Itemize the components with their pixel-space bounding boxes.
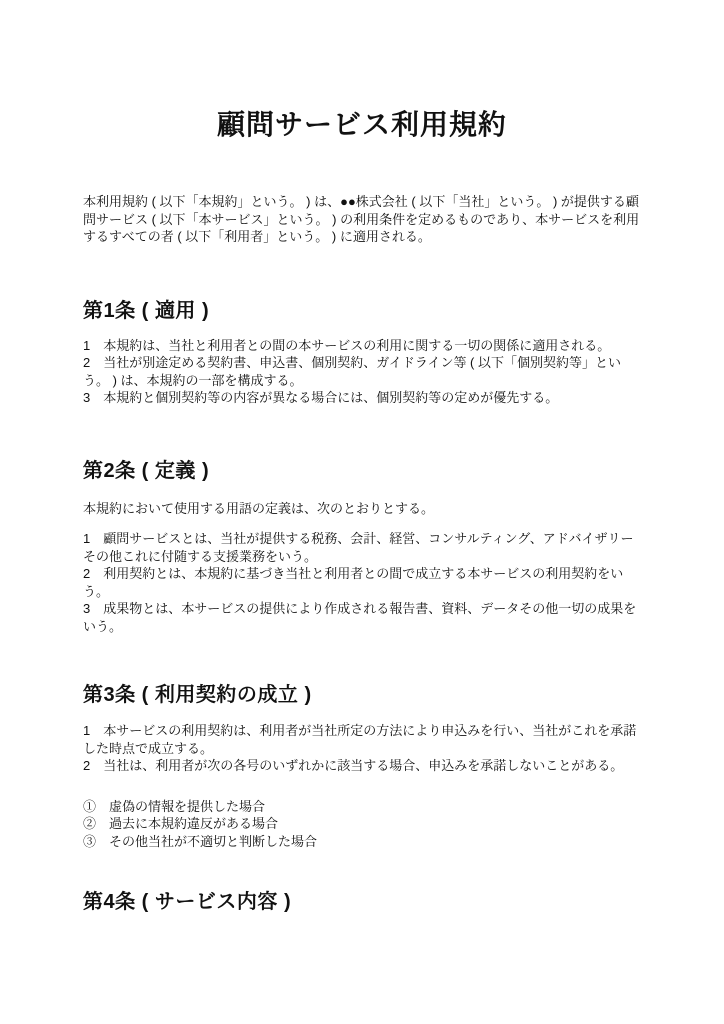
article-1-heading: 第1条 ( 適用 ) bbox=[83, 298, 641, 324]
article-1-clauses: 1 本規約は、当社と利用者との間の本サービスの利用に関する一切の関係に適用される… bbox=[83, 337, 641, 407]
enumerated-item: ③ その他当社が不適切と判断した場合 bbox=[83, 833, 641, 851]
clause-item: 2 当社は、利用者が次の各号のいずれかに該当する場合、申込みを承諾しないことがあ… bbox=[83, 757, 641, 775]
section-article-4: 第4条 ( サービス内容 ) bbox=[83, 889, 641, 915]
clause-item: 1 本サービスの利用契約は、利用者が当社所定の方法により申込みを行い、当社がこれ… bbox=[83, 722, 641, 757]
intro-paragraph: 本利用規約 ( 以下「本規約」という。 ) は、●●株式会社 ( 以下「当社」と… bbox=[83, 193, 641, 246]
clause-item: 1 本規約は、当社と利用者との間の本サービスの利用に関する一切の関係に適用される… bbox=[83, 337, 641, 355]
clause-item: 3 本規約と個別契約等の内容が異なる場合には、個別契約等の定めが優先する。 bbox=[83, 389, 641, 407]
enumerated-item: ① 虚偽の情報を提供した場合 bbox=[83, 798, 641, 816]
article-3-heading: 第3条 ( 利用契約の成立 ) bbox=[83, 682, 641, 708]
article-4-heading: 第4条 ( サービス内容 ) bbox=[83, 889, 641, 915]
document-page: 顧問サービス利用規約 本利用規約 ( 以下「本規約」という。 ) は、●●株式会… bbox=[0, 0, 724, 1024]
section-article-1: 第1条 ( 適用 ) 1 本規約は、当社と利用者との間の本サービスの利用に関する… bbox=[83, 298, 641, 407]
clause-item: 2 利用契約とは、本規約に基づき当社と利用者との間で成立する本サービスの利用契約… bbox=[83, 565, 641, 600]
article-2-lead: 本規約において使用する用語の定義は、次のとおりとする。 bbox=[83, 500, 641, 518]
section-article-2: 第2条 ( 定義 ) 本規約において使用する用語の定義は、次のとおりとする。 1… bbox=[83, 458, 641, 636]
clause-item: 2 当社が別途定める契約書、申込書、個別契約、ガイドライン等 ( 以下「個別契約… bbox=[83, 354, 641, 389]
article-2-clauses: 1 顧問サービスとは、当社が提供する税務、会計、経営、コンサルティング、アドバイ… bbox=[83, 530, 641, 635]
enumerated-item: ② 過去に本規約違反がある場合 bbox=[83, 815, 641, 833]
article-3-clauses: 1 本サービスの利用契約は、利用者が当社所定の方法により申込みを行い、当社がこれ… bbox=[83, 722, 641, 775]
article-3-enumerated-conditions: ① 虚偽の情報を提供した場合 ② 過去に本規約違反がある場合 ③ その他当社が不… bbox=[83, 798, 641, 851]
document-title: 顧問サービス利用規約 bbox=[83, 0, 641, 142]
article-2-heading: 第2条 ( 定義 ) bbox=[83, 458, 641, 484]
clause-item: 1 顧問サービスとは、当社が提供する税務、会計、経営、コンサルティング、アドバイ… bbox=[83, 530, 641, 565]
section-article-3: 第3条 ( 利用契約の成立 ) 1 本サービスの利用契約は、利用者が当社所定の方… bbox=[83, 682, 641, 850]
clause-item: 3 成果物とは、本サービスの提供により作成される報告書、資料、データその他一切の… bbox=[83, 600, 641, 635]
